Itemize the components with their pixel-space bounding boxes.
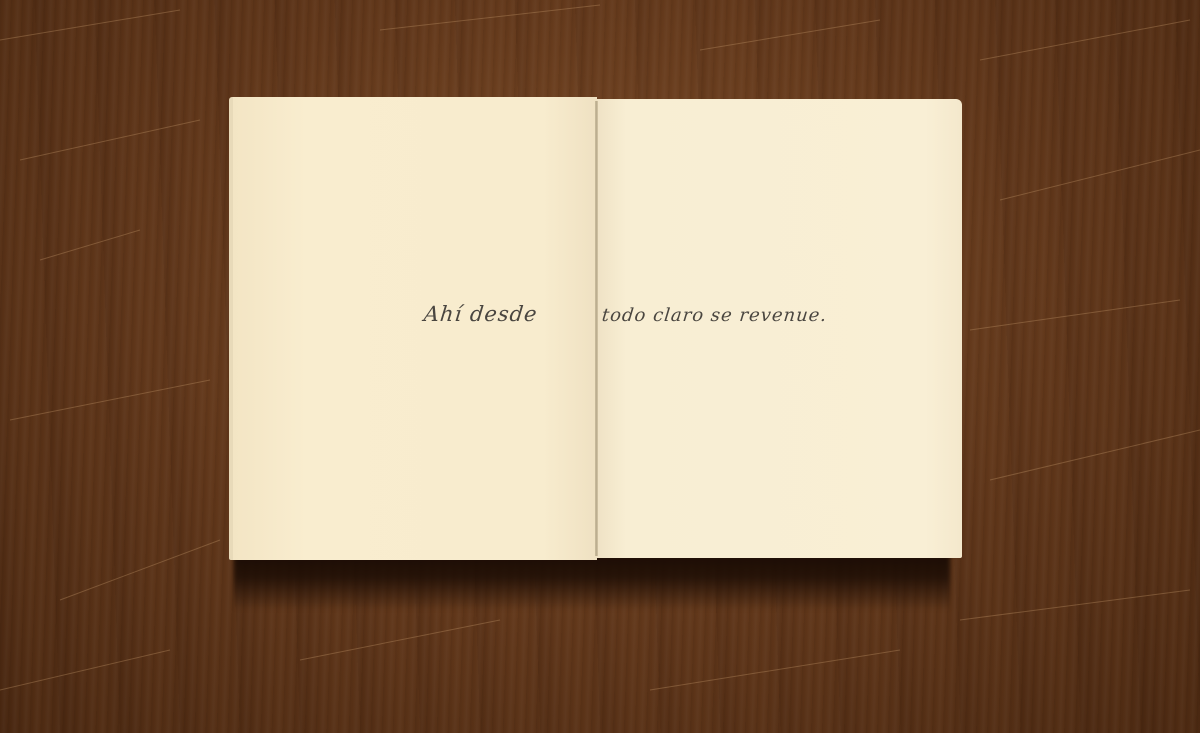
handwritten-text-right: todo claro se revenue. xyxy=(601,305,828,326)
open-sketchbook: Ahí desde todo claro se revenue. xyxy=(229,97,962,560)
left-page: Ahí desde xyxy=(229,97,597,560)
book-gutter xyxy=(595,101,598,556)
handwritten-text-left: Ahí desde xyxy=(423,302,539,326)
right-page: todo claro se revenue. xyxy=(597,99,962,558)
book-shadow xyxy=(234,555,950,610)
